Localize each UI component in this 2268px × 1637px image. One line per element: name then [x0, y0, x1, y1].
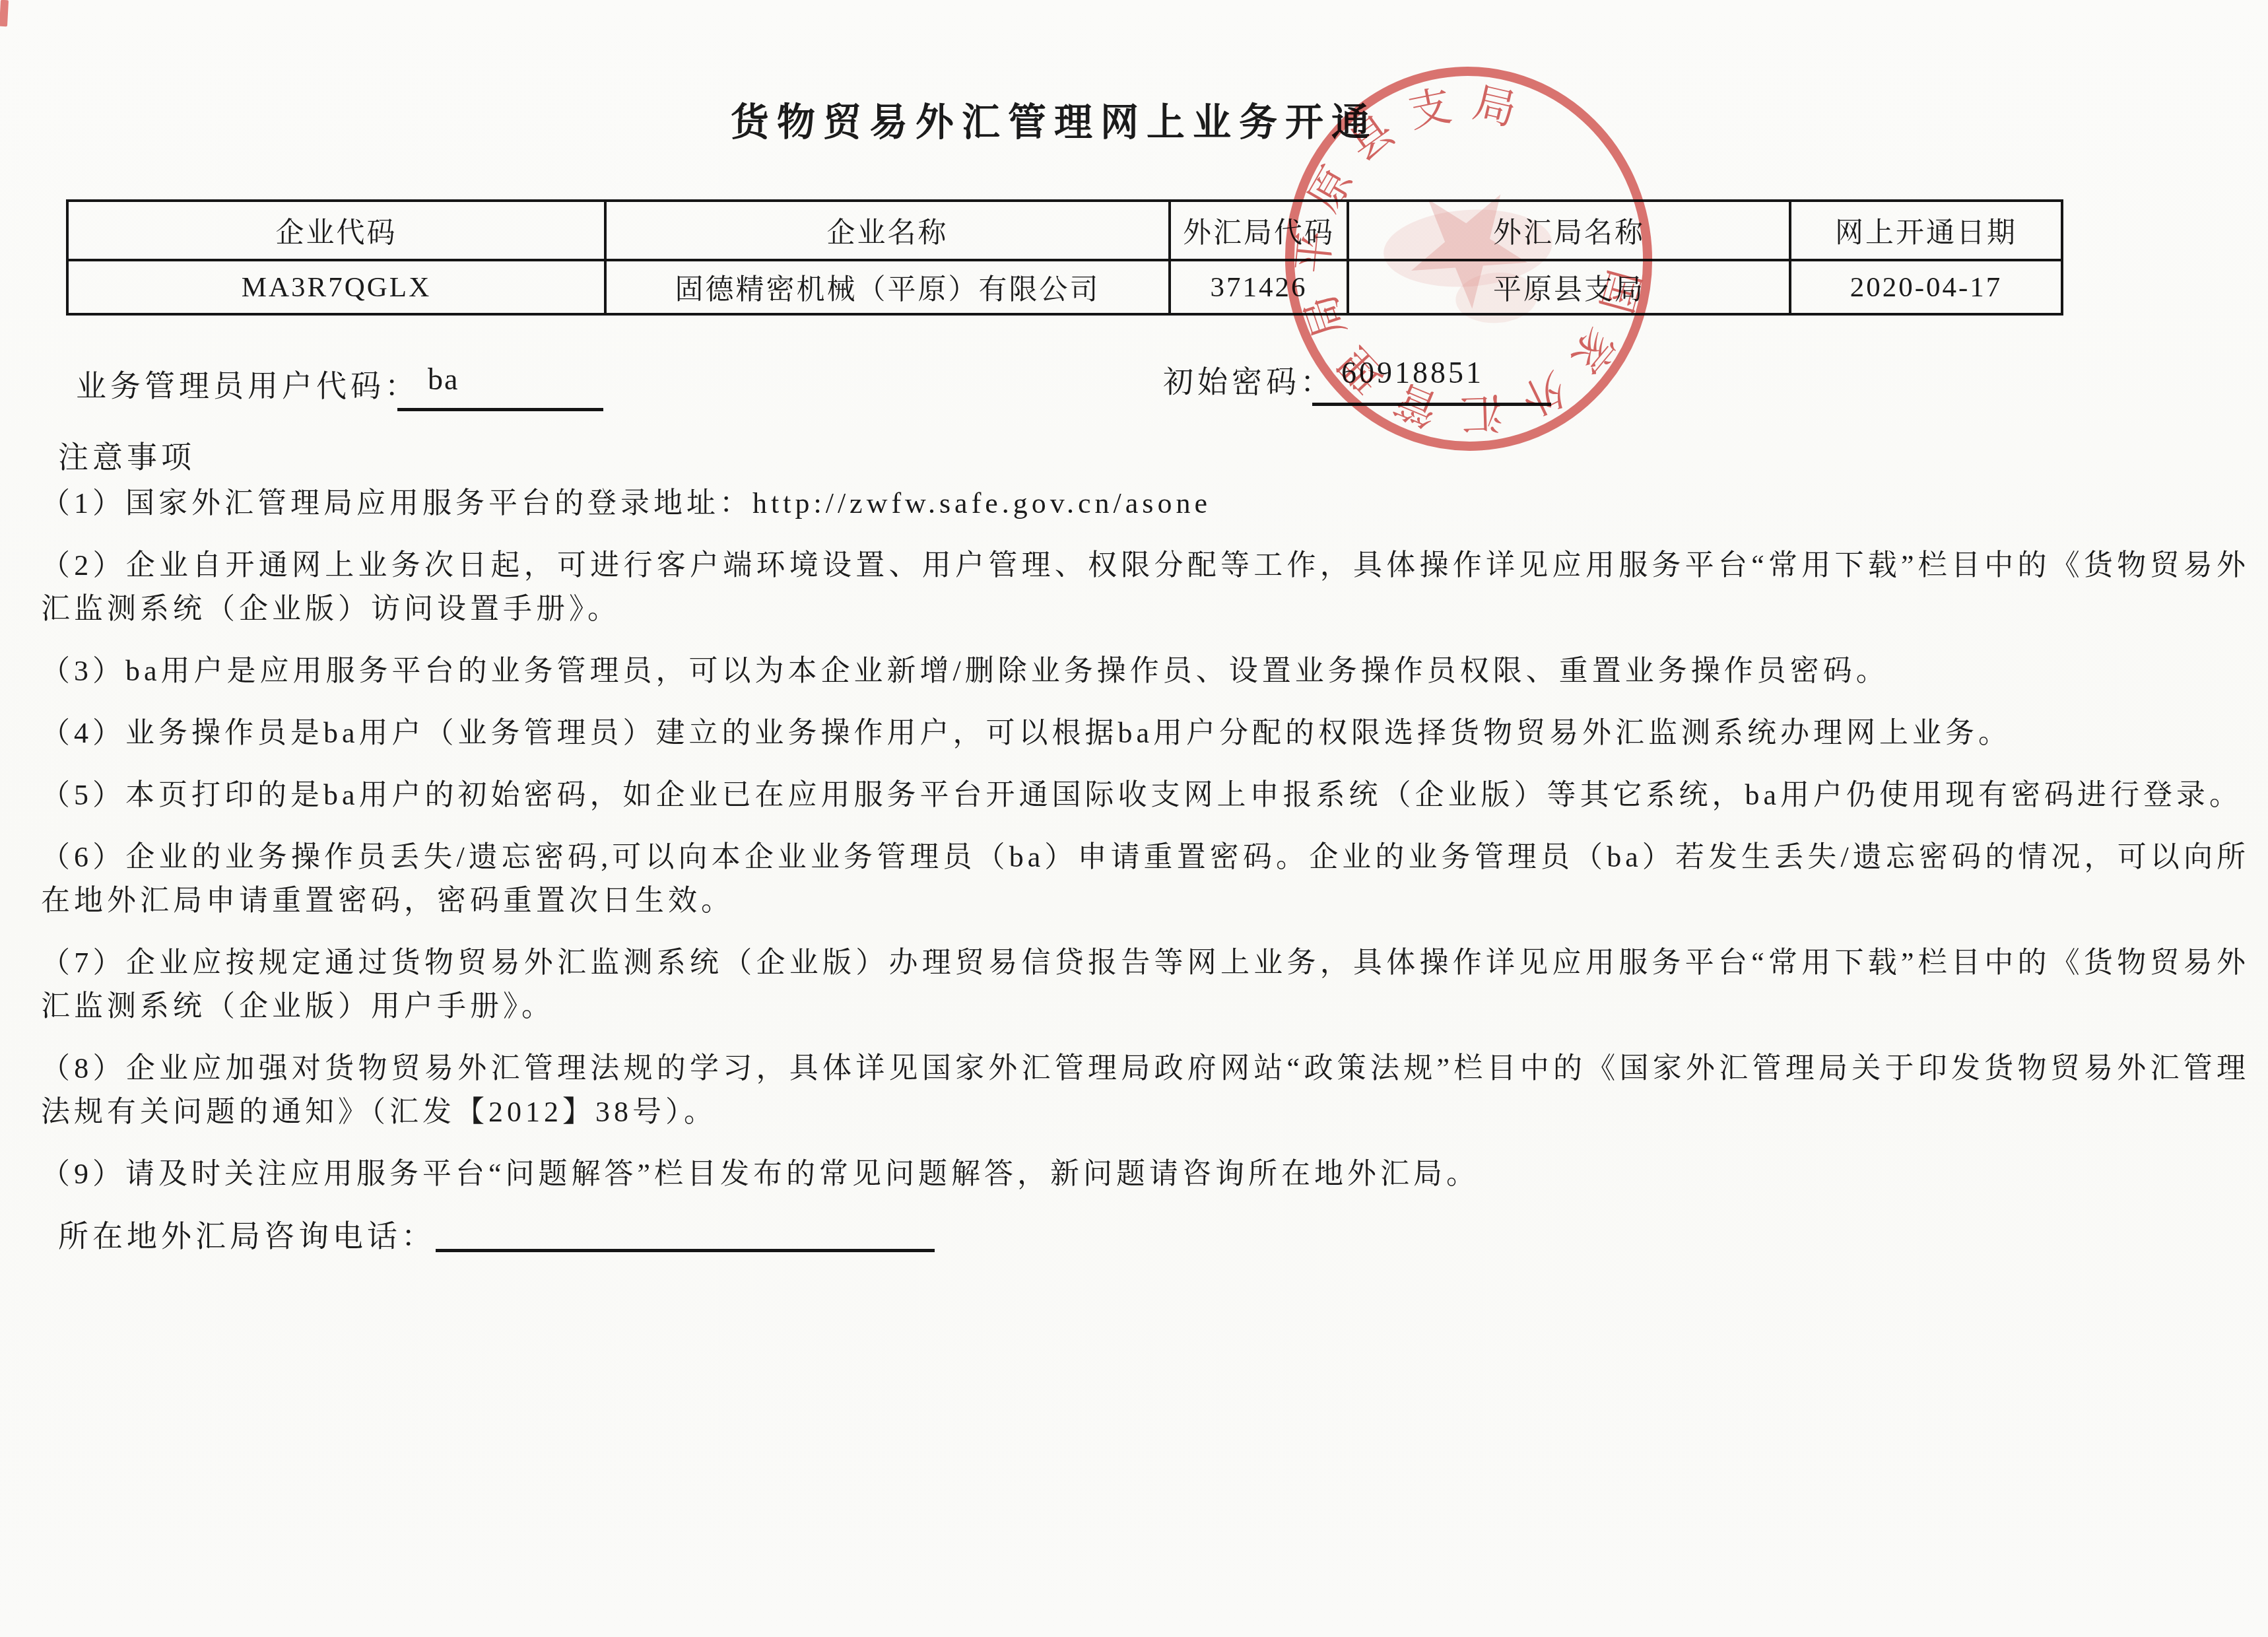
page-title: 货物贸易外汇管理网上业务开通 — [731, 91, 1378, 147]
note-item-4: （4）业务操作员是ba用户（业务管理员）建立的业务操作用户，可以根据ba用户分配… — [41, 712, 2250, 755]
note-item-2: （2）企业自开通网上业务次日起，可进行客户端环境设置、用户管理、权限分配等工作，… — [41, 544, 2250, 631]
admin-user-code-value: ba — [428, 362, 459, 397]
initial-password-value: 60918851 — [1341, 355, 1484, 390]
local-safe-phone-label: 所在地外汇局咨询电话： — [58, 1212, 436, 1255]
note-item-5: （5）本页打印的是ba用户的初始密码，如企业已在应用服务平台开通国际收支网上申报… — [41, 774, 2250, 817]
note-item-7: （7）企业应按规定通过货物贸易外汇监测系统（企业版）办理贸易信贷报告等网上业务，… — [41, 941, 2250, 1028]
local-safe-phone-underline — [436, 1249, 935, 1252]
header-safe-branch-code: 外汇局代码 — [1170, 201, 1348, 260]
initial-password-label: 初始密码： — [1163, 358, 1335, 401]
header-enterprise-code: 企业代码 — [67, 201, 605, 260]
notes-section: 注意事项 （1）国家外汇管理局应用服务平台的登录地址：http://zwfw.s… — [41, 436, 2250, 1215]
table-data-row: MA3R7QGLX 固德精密机械（平原）有限公司 371426 平原县支局 20… — [67, 260, 2062, 314]
header-open-date: 网上开通日期 — [1790, 201, 2062, 260]
admin-user-code-label: 业务管理员用户代码： — [76, 362, 419, 405]
cell-enterprise-code: MA3R7QGLX — [67, 260, 605, 314]
header-safe-branch-name: 外汇局名称 — [1348, 201, 1790, 260]
cell-open-date: 2020-04-17 — [1790, 260, 2062, 314]
cell-enterprise-name: 固德精密机械（平原）有限公司 — [605, 260, 1170, 314]
document-page: 货物贸易外汇管理网上业务开通 企业代码 企业名称 外汇局代码 外汇局名称 网上开… — [0, 0, 2268, 1637]
header-enterprise-name: 企业名称 — [605, 201, 1170, 260]
note-item-1: （1）国家外汇管理局应用服务平台的登录地址：http://zwfw.safe.g… — [41, 482, 2250, 525]
notes-heading: 注意事项 — [58, 436, 2250, 479]
initial-password-underline — [1312, 403, 1551, 406]
note-item-9: （9）请及时关注应用服务平台“问题解答”栏目发布的常见问题解答，新问题请咨询所在… — [41, 1153, 2250, 1196]
admin-user-code-underline — [397, 408, 603, 411]
note-item-3: （3）ba用户是应用服务平台的业务管理员，可以为本企业新增/删除业务操作员、设置… — [41, 650, 2250, 693]
cell-safe-branch-code: 371426 — [1170, 260, 1348, 314]
scan-red-artifact — [0, 0, 9, 26]
table-header-row: 企业代码 企业名称 外汇局代码 外汇局名称 网上开通日期 — [67, 201, 2062, 260]
cell-safe-branch-name: 平原县支局 — [1348, 260, 1790, 314]
registration-table: 企业代码 企业名称 外汇局代码 外汇局名称 网上开通日期 MA3R7QGLX 固… — [66, 199, 2063, 316]
note-item-6: （6）企业的业务操作员丢失/遗忘密码,可以向本企业业务管理员（ba）申请重置密码… — [41, 836, 2250, 923]
note-item-8: （8）企业应加强对货物贸易外汇管理法规的学习，具体详见国家外汇管理局政府网站“政… — [41, 1047, 2250, 1134]
